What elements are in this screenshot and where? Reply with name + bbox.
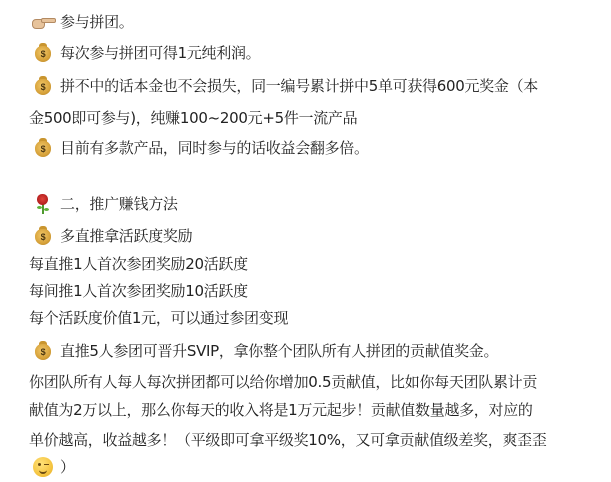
rose-icon <box>32 194 54 214</box>
rule-line: 每间推1人首次参团奖励10活跃度 <box>29 281 248 301</box>
list-item-text: 每次参与拼团可得1元纯利润。 <box>60 43 260 63</box>
pointing-hand-icon <box>32 12 54 32</box>
money-bag-icon: $ <box>32 43 54 63</box>
section-two-subheading: $ 多直推拿活跃度奖励 <box>32 226 192 246</box>
section-one-heading-text: 参与拼团。 <box>60 12 134 32</box>
section-two-heading: 二，推广赚钱方法 <box>32 194 178 214</box>
rule-text: 每个活跃度价值1元，可以通过参团变现 <box>29 308 288 328</box>
closing-text: ） <box>60 457 75 477</box>
paragraph-text: 你团队所有人每人每次拼团都可以给你增加0.5贡献值，比如你每天团队累计贡 <box>29 372 537 392</box>
svip-text: 直推5人参团可晋升SVIP，拿你整个团队所有人拼团的贡献值奖金。 <box>60 341 498 361</box>
money-bag-icon: $ <box>32 138 54 158</box>
section-two-subheading-text: 多直推拿活跃度奖励 <box>60 226 192 246</box>
money-bag-icon: $ <box>32 226 54 246</box>
svip-item: $ 直推5人参团可晋升SVIP，拿你整个团队所有人拼团的贡献值奖金。 <box>32 341 498 361</box>
paragraph-text: 单价越高，收益越多！（平级即可拿平级奖10%，又可拿贡献值级差奖，爽歪歪 <box>29 430 547 450</box>
closing-line: ） <box>32 457 75 477</box>
list-item-continuation-text: 金500即可参与)，纯赚100~200元+5件一流产品 <box>29 108 357 128</box>
list-item-continuation: 金500即可参与)，纯赚100~200元+5件一流产品 <box>29 108 357 128</box>
paragraph-line: 单价越高，收益越多！（平级即可拿平级奖10%，又可拿贡献值级差奖，爽歪歪 <box>29 430 547 450</box>
section-two-heading-text: 二，推广赚钱方法 <box>60 194 178 214</box>
rule-line: 每个活跃度价值1元，可以通过参团变现 <box>29 308 288 328</box>
paragraph-text: 献值为2万以上，那么你每天的收入将是1万元起步！贡献值数量越多，对应的 <box>29 400 533 420</box>
rule-line: 每直推1人首次参团奖励20活跃度 <box>29 254 248 274</box>
wink-face-icon <box>32 457 54 477</box>
list-item-text: 目前有多款产品，同时参与的话收益会翻多倍。 <box>60 138 369 158</box>
money-bag-icon: $ <box>32 76 54 96</box>
list-item: $ 拼不中的话本金也不会损失，同一编号累计拼中5单可获得600元奖金（本 <box>32 76 538 96</box>
section-one-heading: 参与拼团。 <box>32 12 134 32</box>
list-item-text: 拼不中的话本金也不会损失，同一编号累计拼中5单可获得600元奖金（本 <box>60 76 538 96</box>
paragraph-line: 献值为2万以上，那么你每天的收入将是1万元起步！贡献值数量越多，对应的 <box>29 400 533 420</box>
rule-text: 每直推1人首次参团奖励20活跃度 <box>29 254 248 274</box>
rule-text: 每间推1人首次参团奖励10活跃度 <box>29 281 248 301</box>
paragraph-line: 你团队所有人每人每次拼团都可以给你增加0.5贡献值，比如你每天团队累计贡 <box>29 372 537 392</box>
money-bag-icon: $ <box>32 341 54 361</box>
list-item: $ 每次参与拼团可得1元纯利润。 <box>32 43 260 63</box>
list-item: $ 目前有多款产品，同时参与的话收益会翻多倍。 <box>32 138 369 158</box>
